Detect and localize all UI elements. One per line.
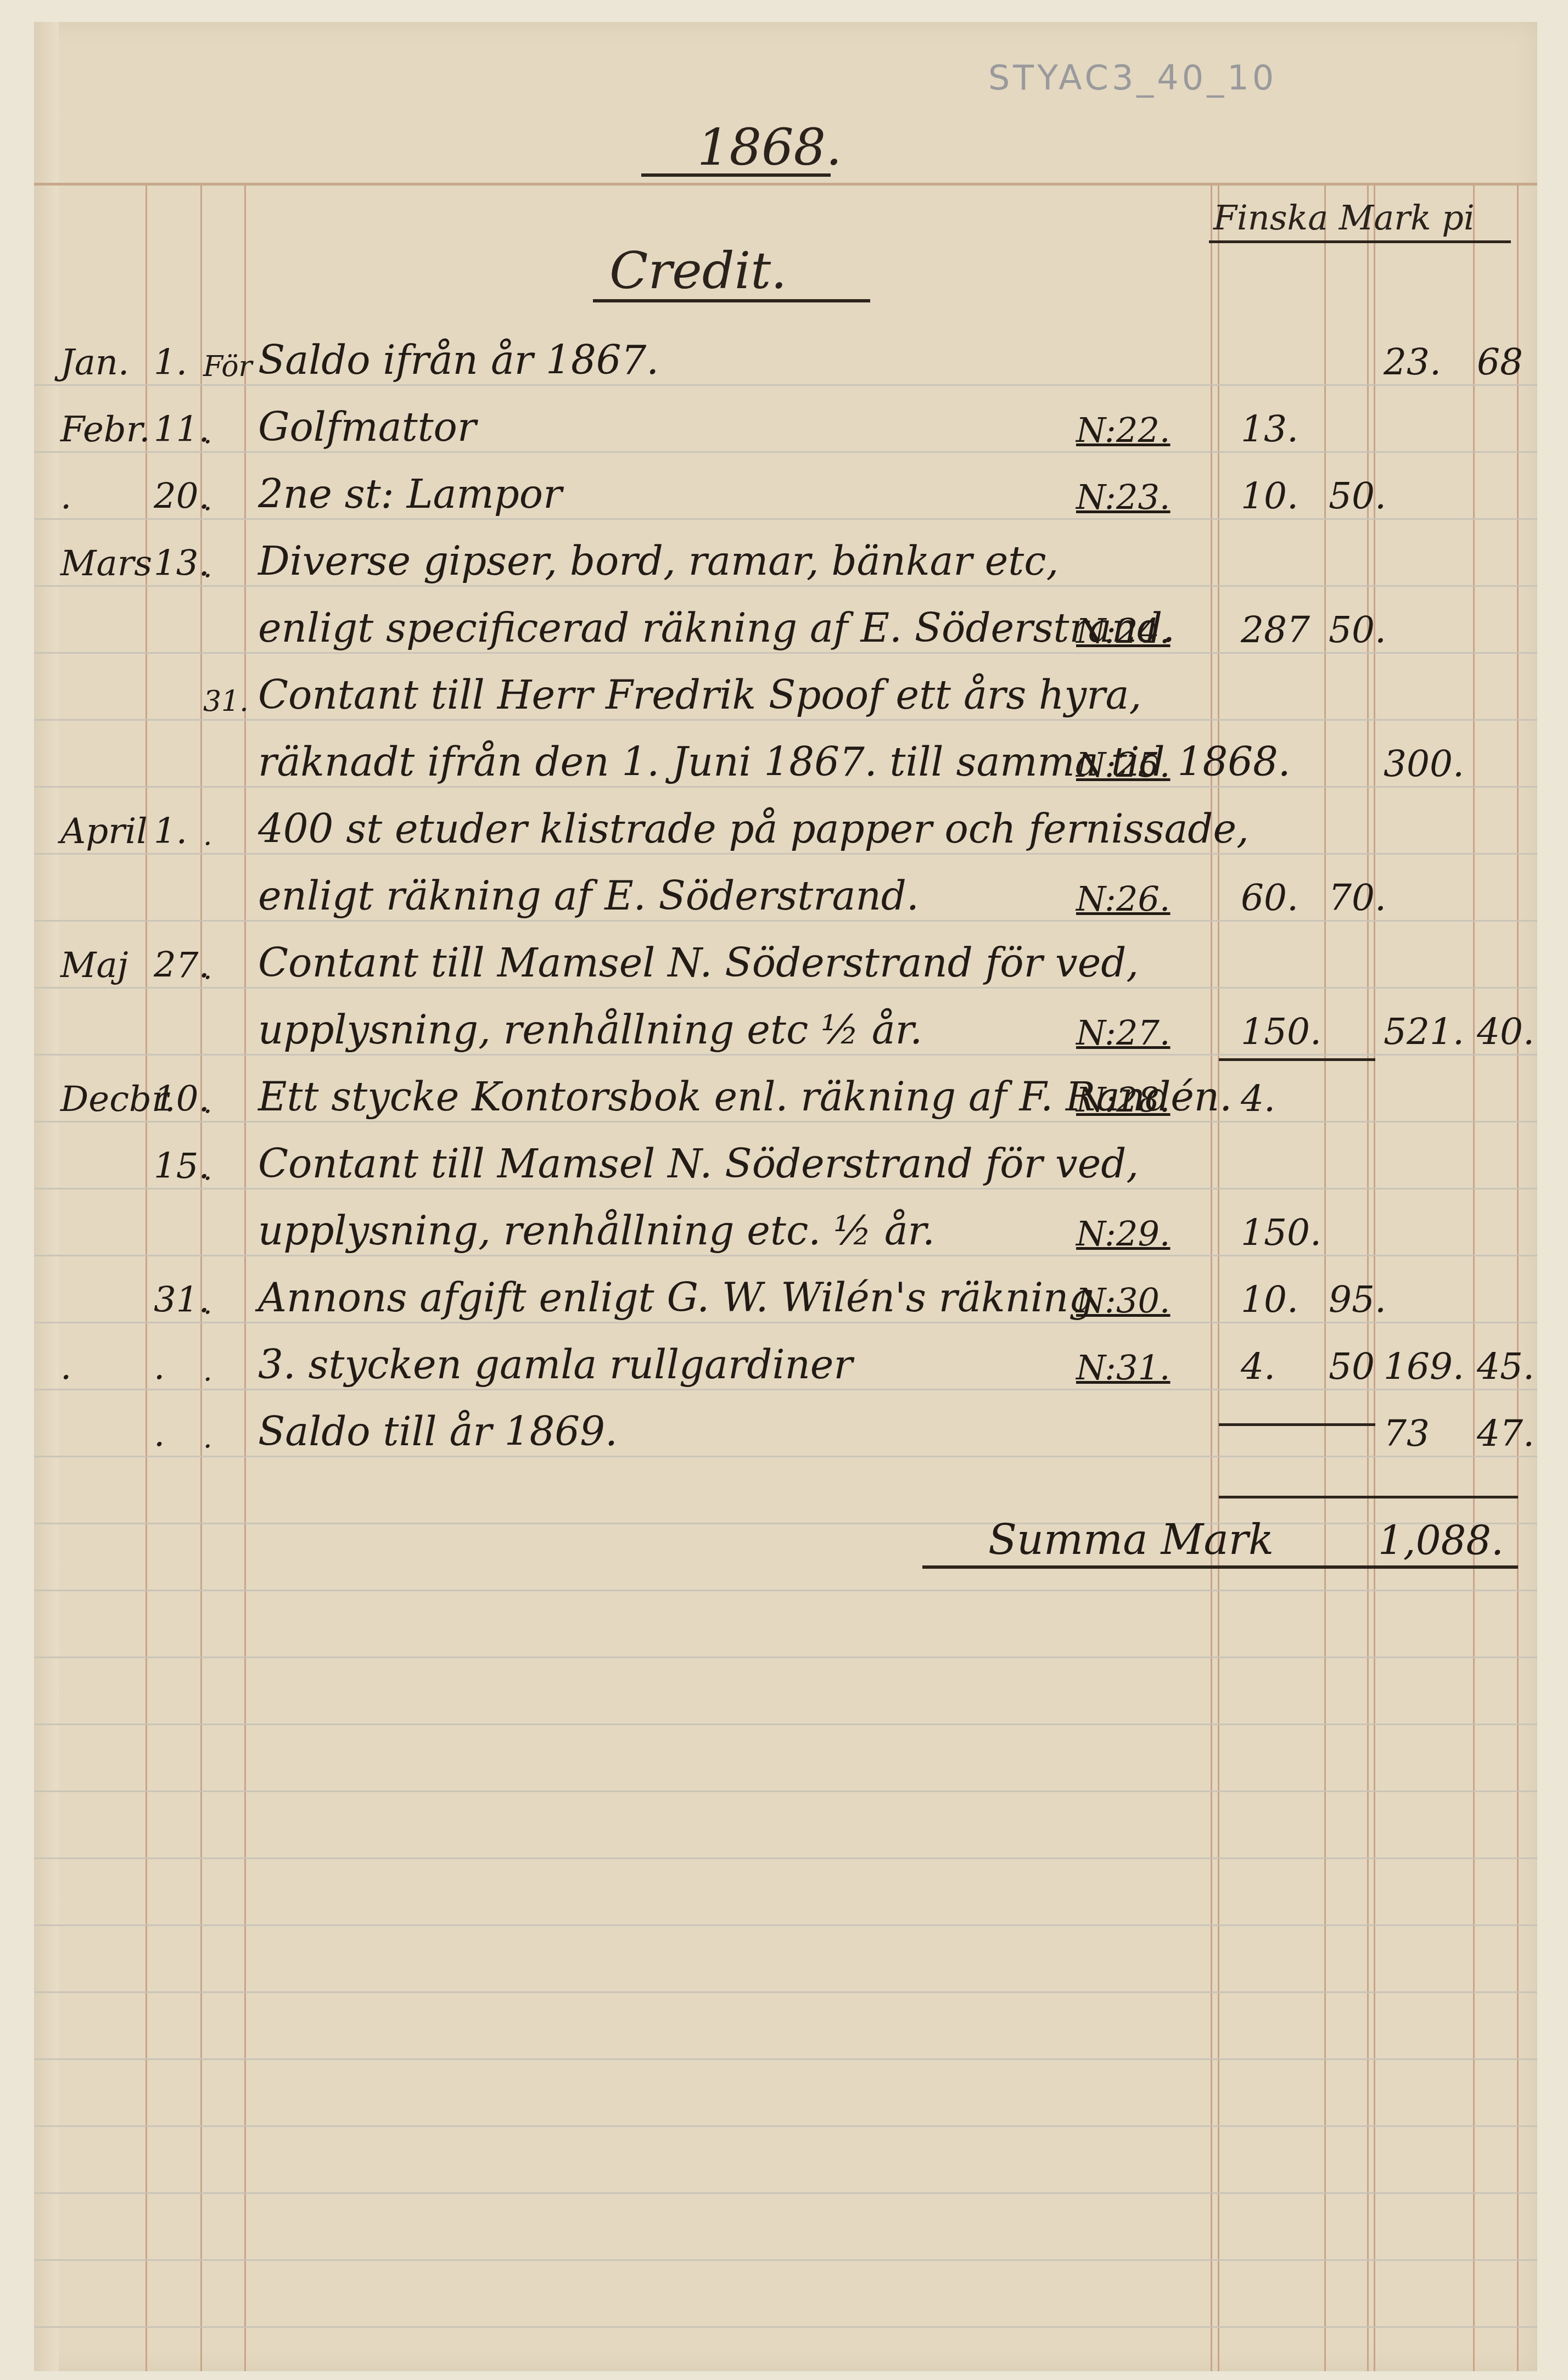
folio-cell: . (203, 551, 212, 584)
total-penni-cell: 47. (1477, 1412, 1535, 1455)
month-cell: Febr. (60, 409, 150, 450)
ruled-line (34, 1924, 1537, 1926)
mark-cell: 287 (1241, 609, 1310, 651)
ruled-line (34, 2125, 1537, 2127)
ledger-row: upplysning, renhållning etc. ½ år.N:29.1… (0, 1197, 1568, 1257)
ledger-row: enligt räkning af E. Söderstrand.N:26.60… (0, 862, 1568, 922)
folio-cell: . (203, 484, 212, 517)
ledger-row: Febr.11..GolfmattorN:22.13. (0, 393, 1568, 453)
ruled-line (34, 1657, 1537, 1658)
ruled-line (34, 1590, 1537, 1591)
ledger-row: Jan.1.FörSaldo ifrån år 1867.23.68 (0, 326, 1568, 386)
mark-cell: 60. (1241, 877, 1298, 919)
mark-cell: 13. (1241, 408, 1298, 450)
total-mark-cell: 169. (1384, 1345, 1464, 1388)
description-cell: Saldo ifrån år 1867. (258, 337, 659, 383)
ledger-row: räknadt ifrån den 1. Juni 1867. till sam… (0, 728, 1568, 788)
description-cell: Contant till Herr Fredrik Spoof ett års … (258, 672, 1141, 718)
archive-reference: STYAC3_40_10 (988, 58, 1277, 98)
column-header-underline (1209, 240, 1511, 243)
ledger-row: Decbr.10..Ett stycke Kontorsbok enl. räk… (0, 1063, 1568, 1123)
voucher-cell: N:24. (1076, 611, 1171, 651)
description-cell: Golfmattor (258, 404, 476, 450)
currency-column-header: Finska Mark pi (1213, 198, 1475, 238)
voucher-cell: N:26. (1076, 879, 1171, 919)
day-cell: 11. (154, 409, 210, 450)
ruled-line (34, 1790, 1537, 1792)
ruled-line (34, 2326, 1537, 2328)
day-cell: 15. (154, 1146, 210, 1187)
mark-cell: 10. (1241, 475, 1298, 517)
voucher-cell: N:28. (1076, 1080, 1171, 1120)
month-cell: . (60, 1347, 71, 1388)
penni-cell: 70. (1329, 877, 1386, 919)
ledger-row: upplysning, renhållning etc ½ år.N:27.15… (0, 996, 1568, 1056)
ruled-line (34, 2259, 1537, 2261)
sum-value: 1,088. (1378, 1518, 1504, 1564)
total-mark-cell: 521. (1384, 1011, 1464, 1053)
voucher-cell: N:22. (1076, 410, 1171, 450)
description-cell: enligt räkning af E. Söderstrand. (258, 873, 919, 919)
ledger-row: Maj27..Contant till Mamsel N. Söderstran… (0, 929, 1568, 989)
month-cell: Mars (60, 543, 152, 584)
day-cell: 1. (154, 811, 187, 852)
month-cell: April (60, 811, 148, 852)
ruled-line (34, 2058, 1537, 2060)
ledger-row: 31.Contant till Herr Fredrik Spoof ett å… (0, 661, 1568, 721)
mark-cell: 150. (1241, 1011, 1321, 1053)
description-cell: 3. stycken gamla rullgardiner (258, 1341, 853, 1388)
total-penni-cell: 40. (1477, 1011, 1535, 1053)
penni-cell: 95. (1329, 1278, 1386, 1321)
top-rule (34, 183, 1537, 186)
ruled-line (34, 1857, 1537, 1859)
total-mark-cell: 23. (1384, 341, 1441, 383)
folio-cell: . (203, 953, 212, 986)
folio-cell: . (203, 1355, 212, 1388)
total-mark-cell: 300. (1384, 743, 1464, 785)
total-penni-cell: 45. (1477, 1345, 1535, 1388)
folio-cell: 31. (203, 685, 249, 718)
folio-cell: För (203, 350, 252, 383)
ruled-line (34, 2192, 1537, 2194)
folio-cell: . (203, 417, 212, 450)
year-title: 1868. (697, 118, 842, 177)
description-cell: Saldo till år 1869. (258, 1408, 618, 1455)
folio-cell: . (203, 1087, 212, 1120)
folio-cell: . (203, 1422, 212, 1455)
folio-cell: . (203, 1288, 212, 1321)
ledger-row: 31..Annons afgift enligt G. W. Wilén's r… (0, 1264, 1568, 1324)
credit-heading: Credit. (609, 242, 787, 300)
day-cell: 10. (154, 1079, 210, 1120)
month-cell: Maj (60, 945, 128, 986)
folio-cell: . (203, 1154, 212, 1187)
sum-label: Summa Mark (988, 1515, 1274, 1564)
description-cell: upplysning, renhållning etc. ½ år. (258, 1208, 935, 1254)
year-underline (641, 173, 831, 177)
mark-cell: 10. (1241, 1278, 1298, 1321)
day-cell: 13. (154, 543, 210, 584)
total-mark-cell: 73 (1384, 1412, 1430, 1455)
voucher-cell: N:29. (1076, 1214, 1171, 1254)
ledger-row: enligt specificerad räkning af E. Söders… (0, 594, 1568, 654)
ruled-line (34, 1991, 1537, 1993)
day-cell: 20. (154, 476, 210, 517)
month-cell: Jan. (60, 343, 129, 383)
ledger-row: .20..2ne st: LamporN:23.10.50. (0, 460, 1568, 520)
voucher-cell: N:23. (1076, 477, 1171, 517)
description-cell: 2ne st: Lampor (258, 471, 562, 517)
ledger-row: Mars13..Diverse gipser, bord, ramar, bän… (0, 527, 1568, 587)
balance-underline (1219, 1496, 1518, 1498)
ledger-row: ...3. stycken gamla rullgardinerN:31.4.5… (0, 1331, 1568, 1391)
subtotal-underline-1 (1219, 1058, 1375, 1061)
description-cell: upplysning, renhållning etc ½ år. (258, 1007, 922, 1053)
month-cell: . (60, 476, 71, 517)
day-cell: 1. (154, 343, 187, 383)
day-cell: 31. (154, 1280, 210, 1321)
sum-row: Summa Mark 1,088. (0, 1507, 1568, 1567)
voucher-cell: N:31. (1076, 1348, 1171, 1388)
day-cell: . (154, 1347, 165, 1388)
credit-underline (593, 299, 870, 302)
subtotal-underline-2 (1219, 1423, 1375, 1426)
description-cell: 400 st etuder klistrade på papper och fe… (258, 806, 1249, 852)
ruled-line (34, 1724, 1537, 1725)
description-cell: Annons afgift enligt G. W. Wilén's räkni… (258, 1275, 1094, 1321)
description-cell: Diverse gipser, bord, ramar, bänkar etc, (258, 538, 1059, 584)
description-cell: Contant till Mamsel N. Söderstrand för v… (258, 1141, 1139, 1187)
penni-cell: 50 (1329, 1345, 1375, 1388)
mark-cell: 4. (1241, 1077, 1275, 1120)
voucher-cell: N:25. (1076, 745, 1171, 785)
voucher-cell: N:27. (1076, 1013, 1171, 1053)
description-cell: Contant till Mamsel N. Söderstrand för v… (258, 940, 1139, 986)
total-penni-cell: 68 (1477, 341, 1523, 383)
mark-cell: 150. (1241, 1211, 1321, 1254)
voucher-cell: N:30. (1076, 1281, 1171, 1321)
ledger-row: ..Saldo till år 1869.7347. (0, 1397, 1568, 1458)
day-cell: . (154, 1414, 165, 1455)
penni-cell: 50. (1329, 475, 1386, 517)
ledger-row: April1..400 st etuder klistrade på pappe… (0, 795, 1568, 855)
description-cell: enligt specificerad räkning af E. Söders… (258, 605, 1175, 651)
ledger-row: 15..Contant till Mamsel N. Söderstrand f… (0, 1130, 1568, 1190)
sum-underline (922, 1565, 1518, 1569)
folio-cell: . (203, 819, 212, 852)
penni-cell: 50. (1329, 609, 1386, 651)
mark-cell: 4. (1241, 1345, 1275, 1388)
day-cell: 27. (154, 945, 210, 986)
